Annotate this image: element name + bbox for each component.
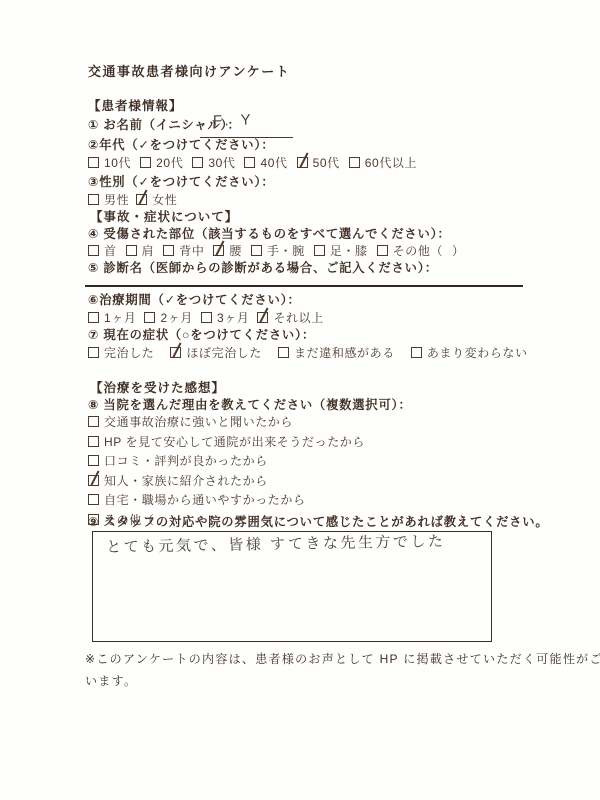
checkbox-option[interactable]: 3ヶ月 [201,311,249,325]
question-2-age-label: ②年代（✓をつけてください）： [88,138,274,152]
checkbox-icon[interactable] [88,157,99,168]
option-label: HP を見て安心して通院が出来そうだったから [104,435,365,449]
option-label: 完治した [104,346,154,360]
option-label: 肩 [142,244,155,258]
checkbox-icon[interactable] [88,494,99,505]
section-heading-patient-info: 【患者様情報】 [88,99,183,113]
checkbox-icon[interactable] [88,416,99,427]
checkbox-icon[interactable] [88,245,99,256]
checkbox-icon[interactable] [88,312,99,323]
checkbox-option[interactable]: それ以上 [257,311,323,325]
option-label: 20代 [156,156,183,170]
footer-note-line1: ※このアンケートの内容は、患者様のお声として HP に掲載させていただく可能性が… [85,652,600,666]
section-heading-impressions: 【治療を受けた感想】 [90,381,225,395]
checkbox-icon[interactable] [88,455,99,466]
option-label: それ以上 [273,311,323,325]
checkbox-icon[interactable] [278,347,289,358]
checkbox-icon[interactable] [349,157,360,168]
name-handwritten-value: F. Y [213,111,255,129]
checkbox-option[interactable]: 20代 [140,156,183,170]
checkbox-option[interactable]: ほぼ完治した [170,346,262,360]
survey-page: 交通事故患者様向けアンケート 【患者様情報】 ① お名前（イニシャル）： F. … [0,0,600,800]
checked-checkbox-icon[interactable] [170,347,181,358]
option-label: 3ヶ月 [217,311,249,325]
question-5-diagnosis-label: ⑤ 診断名（医師からの診断がある場合、ご記入ください）： [88,261,438,275]
checkbox-option[interactable]: 1ヶ月 [88,311,136,325]
checkbox-option[interactable]: 60代以上 [349,156,417,170]
checkbox-option[interactable]: 自宅・職場から通いやすかったから [88,493,508,507]
option-label: 1ヶ月 [104,311,136,325]
checkbox-icon[interactable] [377,245,388,256]
checkbox-option[interactable]: 知人・家族に紹介されたから [88,474,508,488]
checked-checkbox-icon[interactable] [297,157,308,168]
question-4-injury-options: 首肩背中腰手・腕足・膝その他（） [88,244,518,258]
checkbox-option[interactable]: 男性 [88,193,129,207]
footer-note-line2: います。 [85,674,137,688]
checkbox-option[interactable]: 2ヶ月 [144,311,192,325]
checkbox-option[interactable]: まだ違和感がある [278,346,395,360]
question-4-injury-label: ④ 受傷された部位（該当するものをすべて選んでください）： [88,227,451,241]
checkbox-icon[interactable] [201,312,212,323]
checkbox-icon[interactable] [411,347,422,358]
option-label: まだ違和感がある [294,346,395,360]
checkbox-icon[interactable] [163,245,174,256]
option-label: 女性 [152,193,177,207]
checkbox-icon[interactable] [140,157,151,168]
option-label: ほぼ完治した [186,346,262,360]
option-label: 首 [104,244,117,258]
option-label: 10代 [104,156,131,170]
checkbox-icon[interactable] [88,347,99,358]
checked-checkbox-icon[interactable] [88,475,99,486]
checkbox-option[interactable]: 交通事故治療に強いと聞いたから [88,415,508,429]
checkbox-option[interactable]: 口コミ・評判が良かったから [88,454,508,468]
checkbox-option[interactable]: 腰 [213,244,242,258]
checked-checkbox-icon[interactable] [213,245,224,256]
question-7-symptom-options: 完治したほぼ完治したまだ違和感があるあまり変わらない [88,346,544,360]
question-2-age-options: 10代20代30代40代50代60代以上 [88,156,426,170]
checkbox-option[interactable]: 背中 [163,244,204,258]
question-3-gender-label: ③性別（✓をつけてください）： [88,175,274,189]
page-title: 交通事故患者様向けアンケート [88,65,290,79]
checkbox-option[interactable]: 足・膝 [314,244,368,258]
option-label: あまり変わらない [427,346,528,360]
checkbox-option[interactable]: 完治した [88,346,154,360]
checkbox-option[interactable]: 30代 [192,156,235,170]
checkbox-icon[interactable] [314,245,325,256]
checked-checkbox-icon[interactable] [136,194,147,205]
checkbox-icon[interactable] [244,157,255,168]
option-label: 40代 [260,156,287,170]
section-heading-accident: 【事故・症状について】 [90,210,238,224]
option-label: 30代 [208,156,235,170]
question-3-gender-options: 男性女性 [88,193,184,207]
option-label: 50代 [313,156,340,170]
option-label: 手・腕 [267,244,305,258]
option-label: 背中 [179,244,204,258]
option-label: 足・膝 [330,244,368,258]
option-label: 知人・家族に紹介されたから [104,474,268,488]
checkbox-icon[interactable] [251,245,262,256]
question-6-period-label: ⑥治療期間（✓をつけてください）： [88,293,301,307]
checkbox-option[interactable]: 50代 [297,156,340,170]
checked-checkbox-icon[interactable] [257,312,268,323]
question-9-staff-label: ⑨ スタッフの対応や院の雰囲気について感じたことがあれば教えてください。 [88,515,548,529]
option-label: 2ヶ月 [160,311,192,325]
checkbox-icon[interactable] [192,157,203,168]
checkbox-icon[interactable] [144,312,155,323]
option-label: その他（ [393,244,443,258]
checkbox-option[interactable]: あまり変わらない [411,346,528,360]
question-7-symptom-label: ⑦ 現在の症状（○をつけてください）： [88,328,315,342]
option-label: 口コミ・評判が良かったから [104,454,268,468]
checkbox-option[interactable]: 40代 [244,156,287,170]
checkbox-option[interactable]: 女性 [136,193,177,207]
other-close-paren: ） [452,244,465,258]
checkbox-option[interactable]: その他（ [377,244,443,258]
option-label: 腰 [229,244,242,258]
option-label: 自宅・職場から通いやすかったから [104,493,306,507]
checkbox-option[interactable]: 10代 [88,156,131,170]
section-divider-line [85,285,523,287]
question-6-period-options: 1ヶ月2ヶ月3ヶ月それ以上 [88,311,332,325]
checkbox-option[interactable]: 手・腕 [251,244,305,258]
checkbox-option[interactable]: HP を見て安心して通院が出来そうだったから [88,435,508,449]
option-label: 交通事故治療に強いと聞いたから [104,415,293,429]
checkbox-option[interactable]: 首 [88,244,117,258]
checkbox-icon[interactable] [126,245,137,256]
checkbox-option[interactable]: 肩 [126,244,155,258]
question-8-reason-label: ⑧ 当院を選んだ理由を教えてください（複数選択可）： [88,398,412,412]
option-label: 男性 [104,193,129,207]
checkbox-icon[interactable] [88,436,99,447]
checkbox-icon[interactable] [88,194,99,205]
option-label: 60代以上 [365,156,417,170]
